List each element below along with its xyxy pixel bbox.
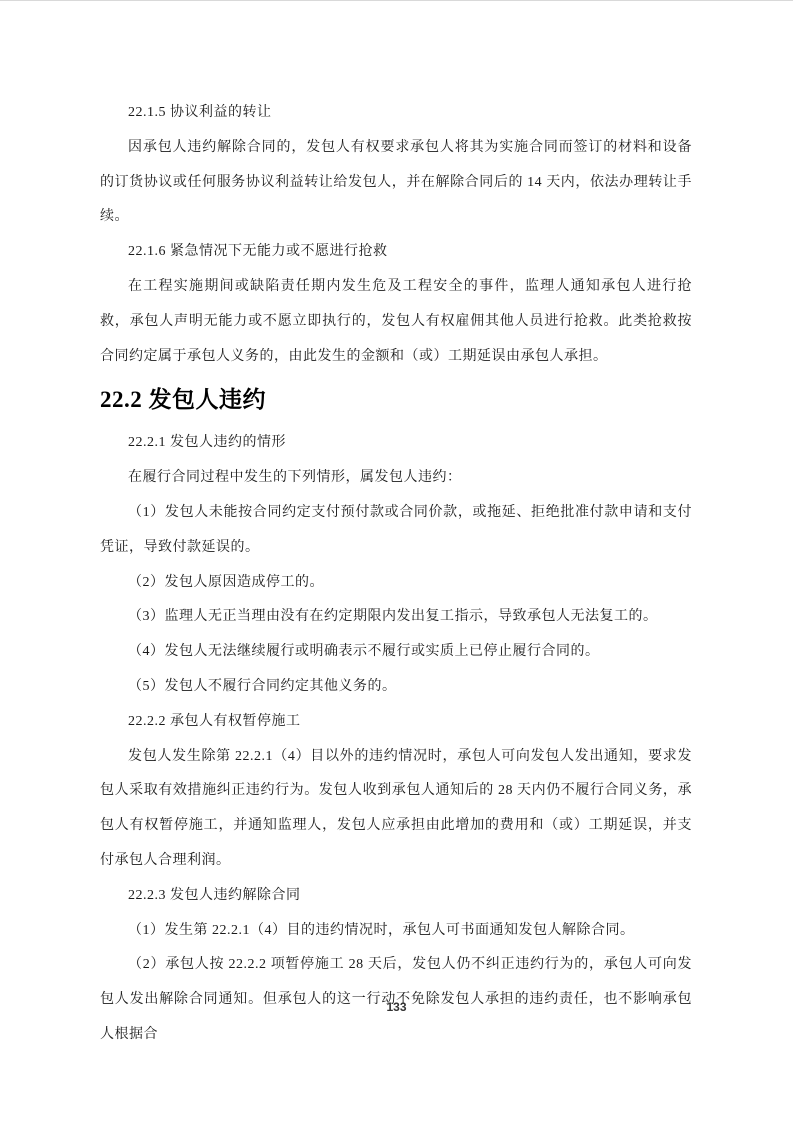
- paragraph: 发包人发生除第 22.2.1（4）目以外的违约情况时，承包人可向发包人发出通知，…: [100, 740, 692, 879]
- subsection-heading: 22.1.6 紧急情况下无能力或不愿进行抢救: [100, 235, 692, 270]
- subsection-heading: 22.2.3 发包人违约解除合同: [100, 879, 692, 914]
- paragraph: （2）发包人原因造成停工的。: [100, 566, 692, 601]
- paragraph: （3）监理人无正当理由没有在约定期限内发出复工指示，导致承包人无法复工的。: [100, 600, 692, 635]
- paragraph: （5）发包人不履行合同约定其他义务的。: [100, 670, 692, 705]
- page-top-edge: [0, 0, 793, 1]
- paragraph: 因承包人违约解除合同的，发包人有权要求承包人将其为实施合同而签订的材料和设备的订…: [100, 131, 692, 235]
- paragraph: 在工程实施期间或缺陷责任期内发生危及工程安全的事件，监理人通知承包人进行抢救，承…: [100, 270, 692, 374]
- page-number: 133: [0, 1000, 793, 1014]
- subsection-heading: 22.1.5 协议利益的转让: [100, 96, 692, 131]
- subsection-heading: 22.2.2 承包人有权暂停施工: [100, 705, 692, 740]
- section-heading: 22.2 发包人违约: [100, 380, 692, 420]
- paragraph: （1）发包人未能按合同约定支付预付款或合同价款，或拖延、拒绝批准付款申请和支付凭…: [100, 496, 692, 566]
- document-content: 22.1.5 协议利益的转让因承包人违约解除合同的，发包人有权要求承包人将其为实…: [100, 96, 692, 1053]
- paragraph: （1）发生第 22.2.1（4）目的违约情况时，承包人可书面通知发包人解除合同。: [100, 914, 692, 949]
- paragraph: 在履行合同过程中发生的下列情形，属发包人违约：: [100, 461, 692, 496]
- document-page: 22.1.5 协议利益的转让因承包人违约解除合同的，发包人有权要求承包人将其为实…: [0, 0, 793, 1122]
- paragraph: （4）发包人无法继续履行或明确表示不履行或实质上已停止履行合同的。: [100, 635, 692, 670]
- subsection-heading: 22.2.1 发包人违约的情形: [100, 426, 692, 461]
